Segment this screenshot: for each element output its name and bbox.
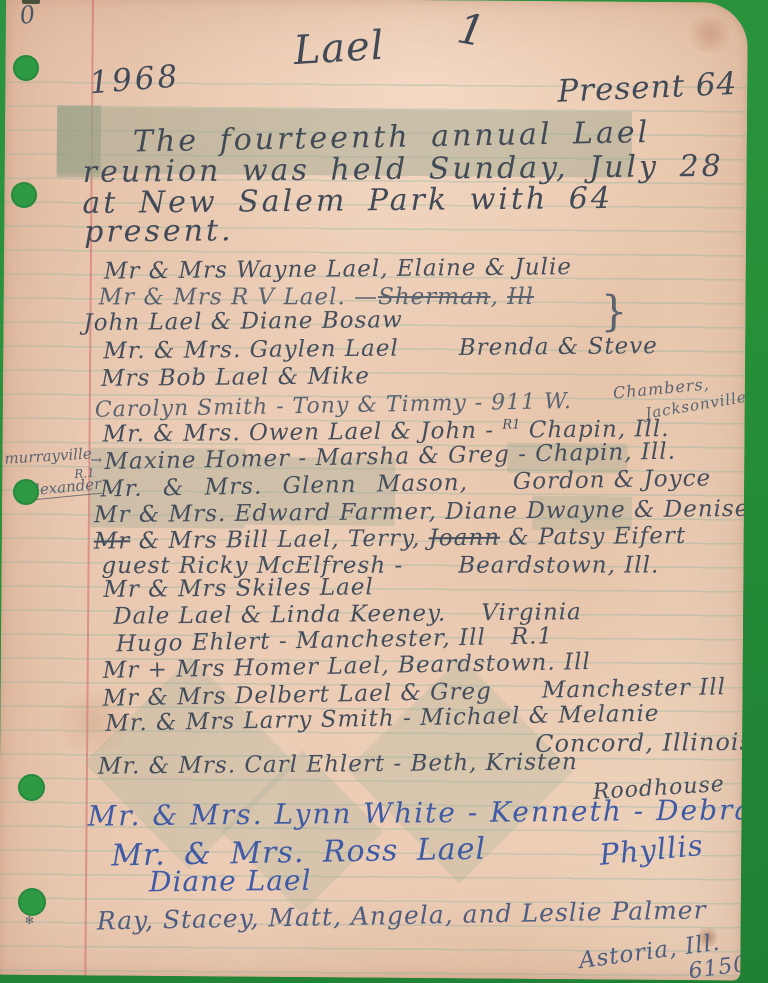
page-number-mark: 1 — [454, 6, 489, 54]
bottom-pen-mark: ✻ — [25, 915, 35, 927]
attendee-line-lynn: Mr. & Mrs. Lynn White - Kenneth - Debra … — [87, 795, 747, 831]
attendee-line-john: John Lael & Diane Bosaw — [83, 308, 402, 335]
present-count: Present 64 — [557, 68, 738, 109]
attendee-line-rv: Mr & Mrs R V Lael. —Sherman, Ill — [99, 285, 534, 310]
attendee-line-diane: Diane Lael — [149, 866, 312, 897]
stain — [684, 16, 736, 52]
hole-punch — [18, 774, 45, 801]
attendee-line-gaylen: Mr. & Mrs. Gaylen LaelBrenda & Steve — [103, 334, 658, 363]
hole-punch — [13, 479, 39, 505]
notebook-paper: 0 1 Lael 1968 Present 64 The fourteenth … — [0, 0, 748, 981]
hole-punch — [11, 182, 37, 208]
scanned-notebook-page: 0 1 Lael 1968 Present 64 The fourteenth … — [0, 0, 768, 983]
page-title: Lael — [292, 25, 385, 73]
hole-punch — [13, 55, 39, 81]
attendee-line-carl: Mr. & Mrs. Carl Ehlert - Beth, Kristen — [98, 750, 578, 779]
year-label: 1968 — [88, 60, 181, 100]
brace-mark: } — [600, 289, 628, 333]
attendee-line-bob: Mrs Bob Lael & Mike — [101, 364, 370, 391]
hole-punch — [18, 888, 46, 916]
attendee-line-guest: guest Ricky McElfresh -Beardstown, Ill. — [102, 553, 660, 578]
attendee-line-bill: Mr & Mrs Bill Lael, Terry, Joann & Patsy… — [94, 524, 687, 554]
opening-paragraph-line: present. — [84, 215, 234, 248]
attendee-line-skiles: Mr & Mrs Skiles Lael — [103, 575, 374, 602]
attendee-line-wayne: Mr & Mrs Wayne Lael, Elaine & Julie — [104, 255, 572, 284]
corner-pen-mark: 0 — [18, 2, 37, 29]
